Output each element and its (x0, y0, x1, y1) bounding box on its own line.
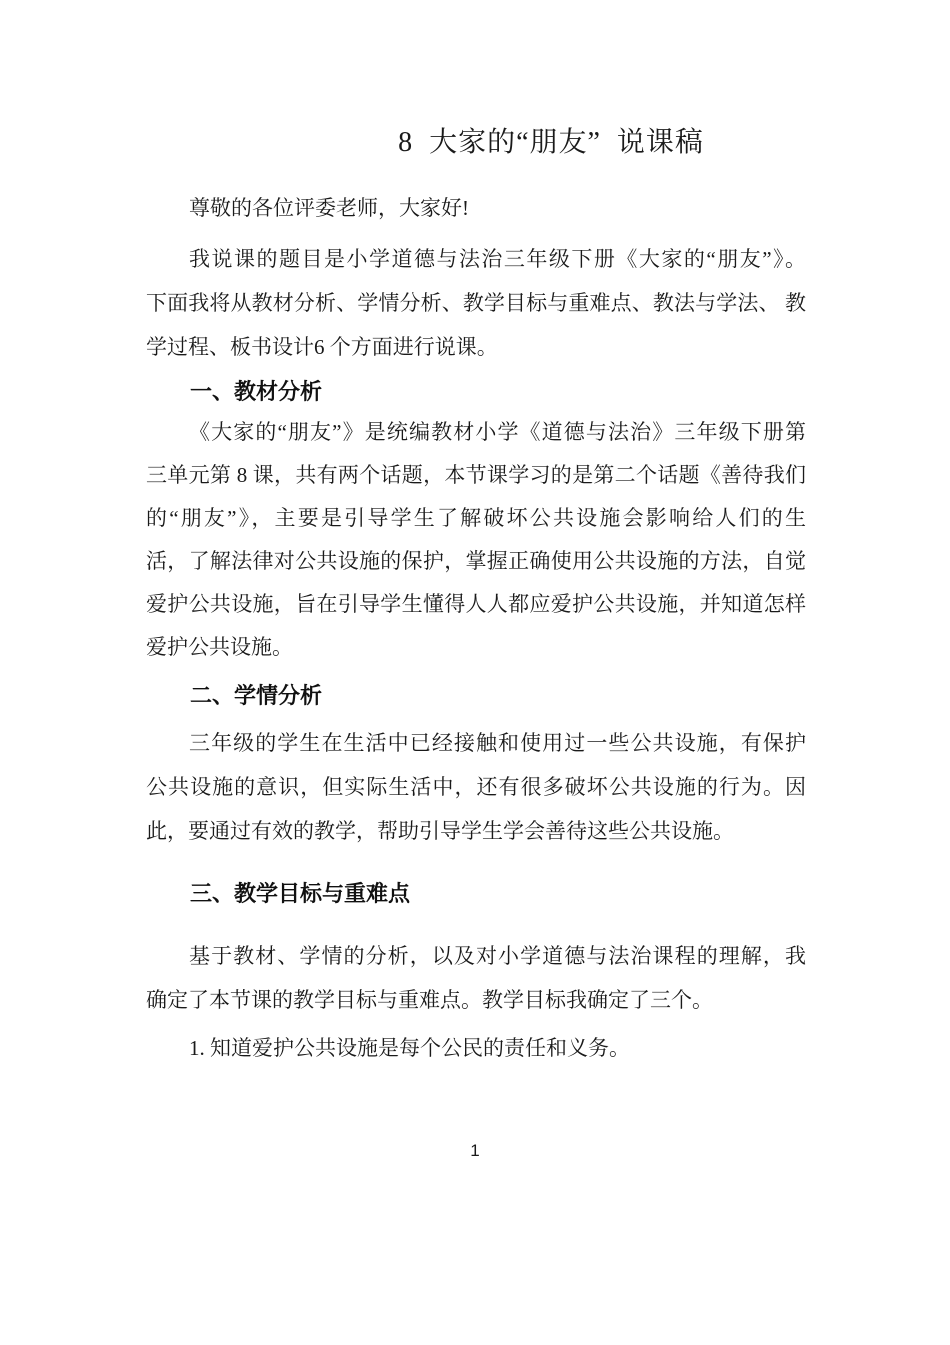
paragraph-line: 基于教材、学情的分析，以及对小学道德与法治课程的理解，我 (146, 934, 806, 978)
paragraph-line: 活，了解法律对公共设施的保护，掌握正确使用公共设施的方法，自觉 (146, 540, 806, 583)
page-number: 1 (0, 1140, 950, 1162)
paragraph-line: 我说课的题目是小学道德与法治三年级下册《大家的“朋友”》。 (146, 237, 806, 281)
paragraph-line: 爱护公共设施。 (146, 626, 806, 669)
greeting-paragraph: 尊敬的各位评委老师，大家好! (146, 186, 806, 230)
paragraph-line: 爱护公共设施，旨在引导学生懂得人人都应爱护公共设施，并知道怎样 (146, 583, 806, 626)
paragraph-line: 《大家的“朋友”》是统编教材小学《道德与法治》三年级下册第 (146, 411, 806, 454)
section-learner-paragraph: 三年级的学生在生活中已经接触和使用过一些公共设施，有保护 公共设施的意识，但实际… (146, 721, 806, 853)
paragraph-line: 的“朋友”》，主要是引导学生了解破坏公共设施会影响给人们的生 (146, 497, 806, 540)
intro-paragraph: 我说课的题目是小学道德与法治三年级下册《大家的“朋友”》。 下面我将从教材分析、… (146, 237, 806, 369)
paragraph-line: 三年级的学生在生活中已经接触和使用过一些公共设施，有保护 (146, 721, 806, 765)
paragraph-line: 三单元第 8 课，共有两个话题，本节课学习的是第二个话题《善待我们 (146, 454, 806, 497)
section-goals-paragraph: 基于教材、学情的分析，以及对小学道德与法治课程的理解，我 确定了本节课的教学目标… (146, 934, 806, 1022)
paragraph-line: 此，要通过有效的教学，帮助引导学生学会善待这些公共设施。 (146, 809, 806, 853)
paragraph-line: 确定了本节课的教学目标与重难点。教学目标我确定了三个。 (146, 978, 806, 1022)
document-page: 8 大家的“朋友” 说课稿 尊敬的各位评委老师，大家好! 我说课的题目是小学道德… (0, 0, 950, 1345)
section-heading-materials-analysis: 一、教材分析 (190, 372, 322, 412)
paragraph-line: 公共设施的意识，但实际生活中，还有很多破坏公共设施的行为。因 (146, 765, 806, 809)
paragraph-line: 1. 知道爱护公共设施是每个公民的责任和义务。 (146, 1026, 806, 1070)
section-heading-learner-analysis: 二、学情分析 (190, 676, 322, 716)
paragraph-line: 学过程、板书设计6 个方面进行说课。 (146, 325, 806, 369)
document-title: 8 大家的“朋友” 说课稿 (0, 124, 950, 162)
section-heading-teaching-goals: 三、教学目标与重难点 (190, 874, 410, 914)
section-materials-paragraph: 《大家的“朋友”》是统编教材小学《道德与法治》三年级下册第 三单元第 8 课，共… (146, 411, 806, 669)
paragraph-line: 下面我将从教材分析、学情分析、教学目标与重难点、教法与学法、 教 (146, 281, 806, 325)
goal-list-item-1: 1. 知道爱护公共设施是每个公民的责任和义务。 (146, 1026, 806, 1070)
paragraph-line: 尊敬的各位评委老师，大家好! (146, 186, 806, 230)
